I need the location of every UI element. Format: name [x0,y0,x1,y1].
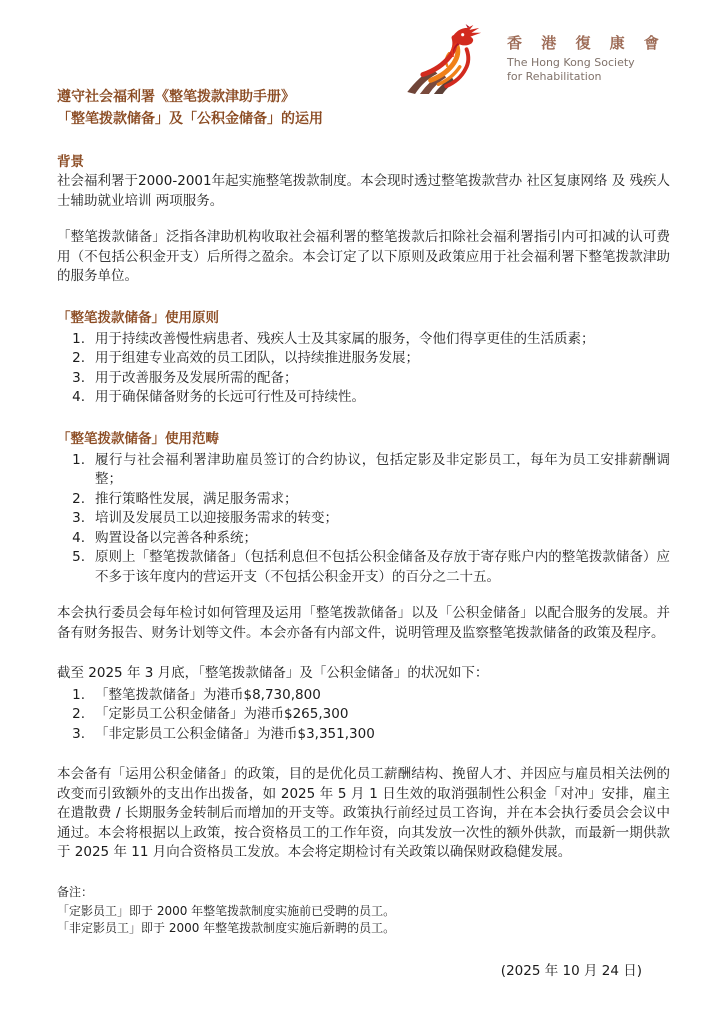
list-number: 1. [57,686,95,706]
list-item: 2. 用于组建专业高效的员工团队，以持续推进服务发展； [57,349,670,369]
list-number: 3. [57,369,95,389]
list-number: 4. [57,388,95,408]
list-number: 3. [57,509,95,529]
document-content: 遵守社会福利署《整笔拨款津助手册》 「整笔拨款储备」及「公积金储备」的运用 背景… [0,0,728,979]
list-number: 3. [57,725,95,745]
review-paragraph: 本会执行委员会每年检讨如何管理及运用「整笔拨款储备」以及「公积金储备」以配合服务… [57,604,670,643]
org-name-en-line1: The Hong Kong Society [507,56,666,70]
reserve-amount-non-snapshot-staff: 「非定影员工公积金储备」为港币$3,351,300 [95,725,670,745]
dragon-logo-icon [403,24,501,94]
reserve-amount-snapshot-staff: 「定影员工公积金储备」为港币$265,300 [95,705,670,725]
list-item-text: 培训及发展员工以迎接服务需求的转变； [95,509,670,529]
list-item-text: 用于持续改善慢性病患者、残疾人士及其家属的服务，令他们得享更佳的生活质素； [95,330,670,350]
org-name-en-line2: for Rehabilitation [507,70,666,84]
footnote-snapshot-staff: 「定影员工」即于 2000 年整笔拨款制度实施前已受聘的员工。 [57,903,670,920]
section-heading-principles: 「整笔拨款储备」使用原则 [57,308,670,328]
list-item: 3. 培训及发展员工以迎接服务需求的转变； [57,509,670,529]
footnotes-heading: 备注： [57,884,670,901]
scope-list: 1. 履行与社会福利署津助雇员签订的合约协议，包括定影及非定影员工，每年为员工安… [57,451,670,588]
list-item: 1. 用于持续改善慢性病患者、残疾人士及其家属的服务，令他们得享更佳的生活质素； [57,330,670,350]
footnote-non-snapshot-staff: 「非定影员工」即于 2000 年整笔拨款制度实施后新聘的员工。 [57,920,670,937]
list-item: 2. 「定影员工公积金储备」为港币$265,300 [57,705,670,725]
list-item: 1. 「整笔拨款储备」为港币$8,730,800 [57,686,670,706]
section-heading-scope: 「整笔拨款储备」使用范畴 [57,429,670,449]
list-item: 1. 履行与社会福利署津助雇员签订的合约协议，包括定影及非定影员工，每年为员工安… [57,451,670,490]
list-item: 3. 用于改善服务及发展所需的配备； [57,369,670,389]
section-heading-background: 背景 [57,152,670,172]
list-item-text: 履行与社会福利署津助雇员签订的合约协议，包括定影及非定影员工，每年为员工安排薪酬… [95,451,670,490]
list-item-text: 用于确保储备财务的长远可行性及可持续性。 [95,388,670,408]
document-page: 香 港 復 康 會 The Hong Kong Society for Reha… [0,0,728,1030]
list-number: 5. [57,548,95,587]
background-paragraph-2: 「整笔拨款储备」泛指各津助机构收取社会福利署的整笔拨款后扣除社会福利署指引内可扣… [57,228,670,287]
document-date: (2025 年 10 月 24 日) [57,959,670,979]
org-name-en: The Hong Kong Society for Rehabilitation [507,56,666,84]
principles-list: 1. 用于持续改善慢性病患者、残疾人士及其家属的服务，令他们得享更佳的生活质素；… [57,330,670,408]
list-item: 4. 用于确保储备财务的长远可行性及可持续性。 [57,388,670,408]
list-item: 3. 「非定影员工公积金储备」为港币$3,351,300 [57,725,670,745]
list-number: 2. [57,705,95,725]
list-number: 2. [57,349,95,369]
list-number: 4. [57,529,95,549]
list-item-text: 原则上「整笔拨款储备」（包括利息但不包括公积金储备及存放于寄存账户内的整笔拨款储… [95,548,670,587]
reserve-amount-lsg: 「整笔拨款储备」为港币$8,730,800 [95,686,670,706]
list-item-text: 购置设备以完善各种系统； [95,529,670,549]
list-number: 2. [57,490,95,510]
list-item: 4. 购置设备以完善各种系统； [57,529,670,549]
list-item: 5. 原则上「整笔拨款储备」（包括利息但不包括公积金储备及存放于寄存账户内的整笔… [57,548,670,587]
status-intro: 截至 2025 年 3 月底，「整笔拨款储备」及「公积金储备」的状况如下： [57,664,670,684]
footnotes: 备注： 「定影员工」即于 2000 年整笔拨款制度实施前已受聘的员工。 「非定影… [57,884,670,937]
org-logo: 香 港 復 康 會 The Hong Kong Society for Reha… [403,24,666,94]
org-name-zh: 香 港 復 康 會 [507,32,666,53]
policy-paragraph: 本会备有「运用公积金储备」的政策，目的是优化员工薪酬结构、挽留人才、并因应与雇员… [57,765,670,863]
list-item-text: 用于组建专业高效的员工团队，以持续推进服务发展； [95,349,670,369]
status-list: 1. 「整笔拨款储备」为港币$8,730,800 2. 「定影员工公积金储备」为… [57,686,670,745]
background-paragraph-1: 社会福利署于2000-2001年起实施整笔拨款制度。本会现时透过整笔拨款营办 社… [57,172,670,211]
org-logo-text: 香 港 復 康 會 The Hong Kong Society for Reha… [507,24,666,84]
list-number: 1. [57,330,95,350]
list-number: 1. [57,451,95,490]
list-item-text: 用于改善服务及发展所需的配备； [95,369,670,389]
list-item: 2. 推行策略性发展，满足服务需求； [57,490,670,510]
list-item-text: 推行策略性发展，满足服务需求； [95,490,670,510]
document-title-line2: 「整笔拨款储备」及「公积金储备」的运用 [57,108,670,130]
